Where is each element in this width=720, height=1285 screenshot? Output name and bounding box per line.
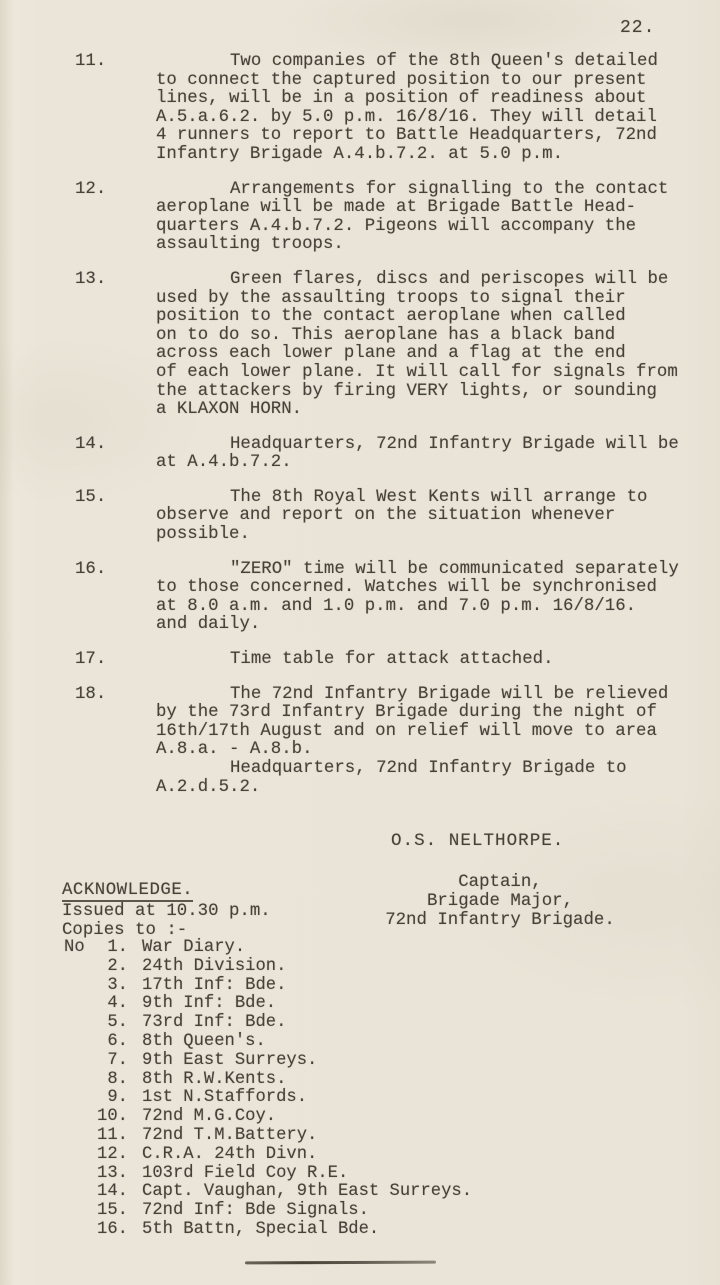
item-paragraph: Two companies of the 8th Queen's detaile… [156,53,712,165]
dist-name: 72nd M.G.Coy. [142,1108,276,1127]
distribution-row: 12.C.R.A. 24th Divn. [64,1146,472,1165]
item-number: 12. [75,181,106,200]
dist-name: 17th Inf: Bde. [142,977,286,996]
dist-number: 6. [94,1033,128,1052]
dist-number: 7. [94,1052,128,1071]
order-item: 18.The 72nd Infantry Brigade will be rel… [0,686,720,798]
dist-number: 4. [94,995,128,1014]
item-paragraph: Arrangements for signalling to the conta… [156,181,712,255]
item-number: 13. [75,271,106,290]
item-paragraph: "ZERO" time will be communicated separat… [156,561,712,635]
distribution-row: 8.8th R.W.Kents. [64,1071,472,1090]
item-paragraph: The 72nd Infantry Brigade will be reliev… [156,686,712,760]
item-paragraph: Time table for attack attached. [156,651,712,670]
dist-name: 73rd Inf: Bde. [142,1014,286,1033]
distribution-row: 3.17th Inf: Bde. [64,977,472,996]
distribution-row: 14.Capt. Vaughan, 9th East Surreys. [64,1183,472,1202]
dist-name: 1st N.Staffords. [142,1089,307,1108]
dist-number: 14. [94,1183,128,1202]
distribution-list: No1.War Diary.2.24th Division.3.17th Inf… [64,939,472,1240]
dist-number: 1. [94,939,128,958]
signature-title-line: Captain, [345,873,655,892]
dist-number: 11. [94,1127,128,1146]
document-page: 22. 11.Two companies of the 8th Queen's … [0,0,720,1285]
distribution-row: 9.1st N.Staffords. [64,1089,472,1108]
dist-number: 5. [94,1014,128,1033]
dist-number: 3. [94,977,128,996]
distribution-row: 10.72nd M.G.Coy. [64,1108,472,1127]
dist-number: 12. [94,1146,128,1165]
distribution-row: 11.72nd T.M.Battery. [64,1127,472,1146]
item-paragraph: Green flares, discs and periscopes will … [156,271,712,420]
dist-number: 8. [94,1071,128,1090]
dist-name: 72nd Inf: Bde Signals. [142,1202,369,1221]
order-item: 16."ZERO" time will be communicated sepa… [0,561,720,635]
dist-name: 9th East Surreys. [142,1052,317,1071]
dist-name: 72nd T.M.Battery. [142,1127,317,1146]
distribution-row: 2.24th Division. [64,958,472,977]
order-item: 12.Arrangements for signalling to the co… [0,181,720,255]
signature-titles: Captain, Brigade Major, 72nd Infantry Br… [345,873,655,931]
order-item: 13.Green flares, discs and periscopes wi… [0,271,720,420]
acknowledge-label: ACKNOWLEDGE. [62,881,193,902]
acknowledge-block: ACKNOWLEDGE. Issued at 10.30 p.m. Copies… [62,881,271,941]
item-number: 15. [75,489,106,508]
item-paragraph: Headquarters, 72nd Infantry Brigade will… [156,436,712,473]
signature-title-line: 72nd Infantry Brigade. [345,911,655,930]
dist-name: 9th Inf: Bde. [142,995,276,1014]
dist-number: 15. [94,1202,128,1221]
order-item: 17.Time table for attack attached. [0,651,720,670]
bottom-rule [245,1261,436,1265]
item-number: 14. [75,436,106,455]
dist-number: 16. [94,1221,128,1240]
item-paragraph: The 8th Royal West Kents will arrange to… [156,489,712,545]
dist-no-label: No [64,939,94,958]
dist-name: 24th Division. [142,958,286,977]
dist-name: 8th R.W.Kents. [142,1071,286,1090]
signature-name: O.S. NELTHORPE. [391,831,564,851]
page-number: 22. [620,18,655,38]
dist-number: 13. [94,1165,128,1184]
dist-name: C.R.A. 24th Divn. [142,1146,317,1165]
dist-name: 5th Battn, Special Bde. [142,1221,379,1240]
order-items: 11.Two companies of the 8th Queen's deta… [0,53,720,813]
distribution-row: 4.9th Inf: Bde. [64,995,472,1014]
distribution-row: No1.War Diary. [64,939,472,958]
item-number: 17. [75,651,106,670]
dist-name: 103rd Field Coy R.E. [142,1165,348,1184]
order-item: 14.Headquarters, 72nd Infantry Brigade w… [0,436,720,473]
distribution-row: 13.103rd Field Coy R.E. [64,1165,472,1184]
distribution-row: 7.9th East Surreys. [64,1052,472,1071]
dist-name: 8th Queen's. [142,1033,266,1052]
item-number: 11. [75,53,106,72]
signature-title-line: Brigade Major, [345,892,655,911]
dist-number: 10. [94,1108,128,1127]
distribution-row: 15.72nd Inf: Bde Signals. [64,1202,472,1221]
item-number: 18. [75,686,106,705]
issued-note: Issued at 10.30 p.m. [62,902,271,921]
dist-name: Capt. Vaughan, 9th East Surreys. [142,1183,472,1202]
order-item: 15.The 8th Royal West Kents will arrange… [0,489,720,545]
dist-number: 2. [94,958,128,977]
order-item: 11.Two companies of the 8th Queen's deta… [0,53,720,165]
dist-number: 9. [94,1089,128,1108]
dist-name: War Diary. [142,939,245,958]
distribution-row: 5.73rd Inf: Bde. [64,1014,472,1033]
item-paragraph: Headquarters, 72nd Infantry Brigade to A… [156,760,712,797]
distribution-row: 6.8th Queen's. [64,1033,472,1052]
distribution-row: 16.5th Battn, Special Bde. [64,1221,472,1240]
item-number: 16. [75,561,106,580]
